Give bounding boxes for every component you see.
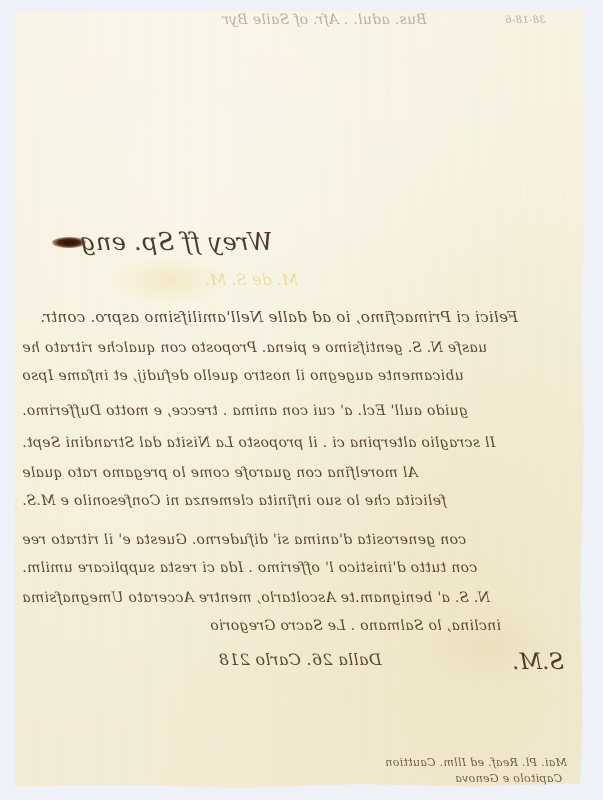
body-line: Al morelfina con guarofe come lo pregamo… bbox=[22, 465, 577, 481]
body-line: ubicamente augegno il nostro quello defu… bbox=[22, 368, 570, 384]
body-line: N. S. a' benignam.te Ascoltarlo, mentre … bbox=[22, 590, 570, 606]
letter-paper bbox=[14, 10, 586, 788]
footer-annotation-line2: Capitolo e Genova bbox=[455, 772, 562, 785]
body-line: Felici ci Primacfimo, io ad dalle Nell'a… bbox=[40, 308, 585, 326]
footer-annotation-line1: Mai. Pl. Reaf. ed Illm. Cauttion bbox=[385, 756, 567, 769]
date-line: Dalla 26. Carlo 218 bbox=[195, 650, 405, 669]
folio-number: 38-18-6 bbox=[505, 15, 546, 26]
body-line: inclina, lo Salmano . Le Sacro Gregorio bbox=[210, 618, 560, 634]
body-line: uasfe N. S. gentifsimo e piena. Proposto… bbox=[22, 340, 570, 356]
body-line: con tutto d'inistico l' offerimo . Ida c… bbox=[22, 560, 562, 576]
salutation: Wrey ff Sp. eng bbox=[80, 228, 272, 256]
document-scan: Bus. adul. . Afr. of Saile Byr 38-18-6 W… bbox=[0, 0, 603, 800]
signature: S.M. bbox=[512, 650, 564, 675]
body-line: Il scraglio alterpina ci . il proposto L… bbox=[22, 435, 577, 451]
body-line: guido aull' Ecl. a' cui con anima . trec… bbox=[22, 403, 570, 419]
body-line: felicita che lo suo infinita clemenza ni… bbox=[22, 493, 562, 509]
header-annotation: Bus. adul. . Afr. of Saile Byr bbox=[222, 12, 427, 28]
body-line: con generosita d'anima si' difuderno. Gu… bbox=[22, 532, 562, 548]
faint-yellow-note: M. de S. M. bbox=[205, 270, 298, 289]
